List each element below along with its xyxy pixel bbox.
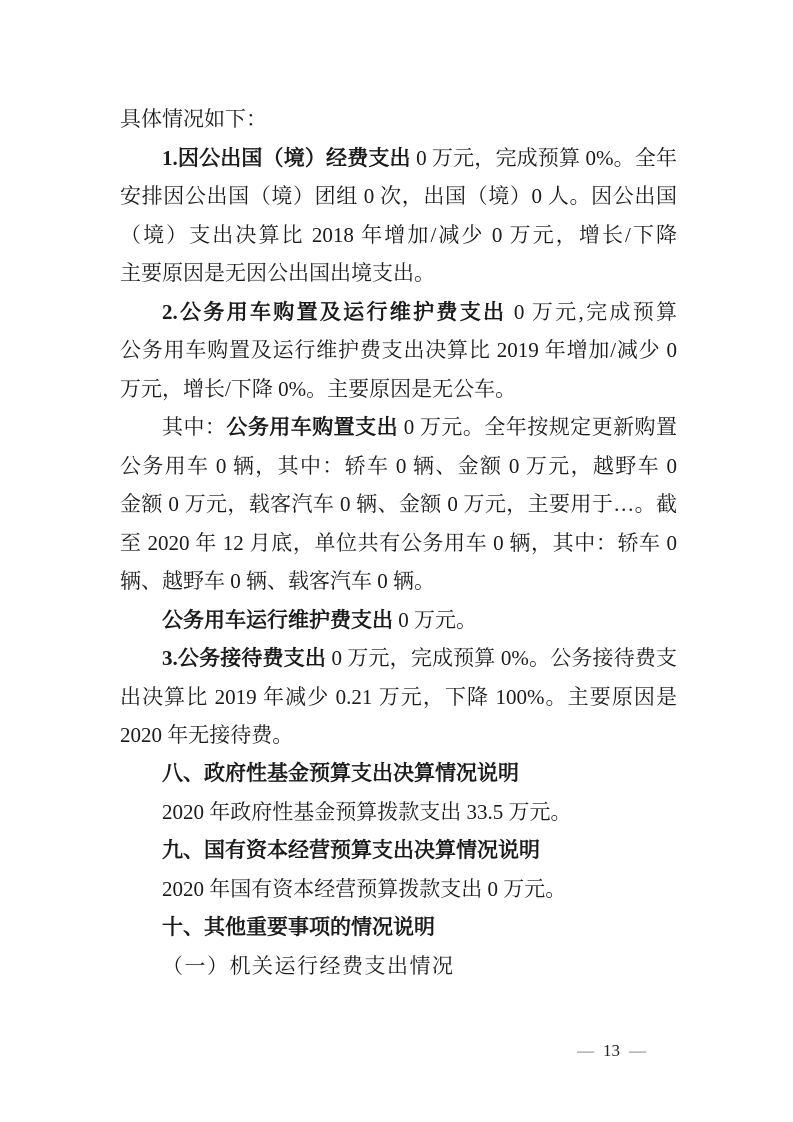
para-vehicle-total-line-1: 2.公务用车购置及运行维护费支出 0 万元,完成预算 0%。 <box>120 293 677 332</box>
text-run: 公务用车运行维护费支出 <box>162 608 393 632</box>
para-vehicle-purchase-line-3: 金额 0 万元，载客汽车 0 辆、金额 0 万元，主要用于…。截 <box>120 485 677 524</box>
text-run: 具体情况如下： <box>120 107 267 131</box>
heading-section-nine: 九、国有资本经营预算支出决算情况说明 <box>120 832 677 871</box>
intro-continuation: 具体情况如下： <box>120 100 677 139</box>
subheading-agency-operating-expense: （一）机关运行经费支出情况 <box>120 947 677 986</box>
text-run: 金额 0 万元，载客汽车 0 辆、金额 0 万元，主要用于…。截 <box>120 492 677 516</box>
para-official-reception-line-3: 2020 年无接待费。 <box>120 716 677 755</box>
para-govt-fund-expenditure: 2020 年政府性基金预算拨款支出 33.5 万元。 <box>120 793 677 832</box>
para-vehicle-total-line-2: 公务用车购置及运行维护费支出决算比 2019 年增加/减少 0 <box>120 331 677 370</box>
para-official-reception-line-1: 3.公务接待费支出 0 万元，完成预算 0%。公务接待费支 <box>120 639 677 678</box>
text-run: 主要原因是无因公出国出境支出。 <box>120 261 435 285</box>
text-run: 0 万元，完成预算 0%。全年 <box>411 146 677 170</box>
para-overseas-trips-line-2: 安排因公出国（境）团组 0 次，出国（境）0 人。因公出国 <box>120 177 677 216</box>
text-run: 3.公务接待费支出 <box>162 646 326 670</box>
text-run: （境）支出决算比 2018 年增加/减少 0 万元，增长/下降 0%。 <box>120 223 677 255</box>
text-run: 1.因公出国（境）经费支出 <box>162 146 411 170</box>
text-run: 0 万元。全年按规定更新购置 <box>398 415 677 439</box>
page-footer: — 13 — <box>0 1036 793 1066</box>
para-vehicle-purchase-line-5: 辆、越野车 0 辆、载客汽车 0 辆。 <box>120 562 677 601</box>
text-run: 安排因公出国（境）团组 0 次，出国（境）0 人。因公出国 <box>120 184 677 208</box>
text-run: 公务用车 0 辆，其中：轿车 0 辆、金额 0 万元，越野车 0 辆、 <box>120 454 677 486</box>
text-run: 九、国有资本经营预算支出决算情况说明 <box>162 839 540 862</box>
text-run: 2020 年国有资本经营预算拨款支出 0 万元。 <box>162 877 566 901</box>
text-run: 0 万元，完成预算 0%。公务接待费支 <box>326 646 677 670</box>
text-run: 十、其他重要事项的情况说明 <box>162 916 435 939</box>
text-run: 至 2020 年 12 月底，单位共有公务用车 0 辆，其中：轿车 0 <box>120 531 677 555</box>
text-run: 2.公务用车购置及运行维护费支出 <box>162 300 506 324</box>
text-run: 八、政府性基金预算支出决算情况说明 <box>162 762 519 785</box>
footer-right-dash: — <box>620 1036 655 1066</box>
text-run: 其中： <box>162 415 226 439</box>
para-state-capital-expenditure: 2020 年国有资本经营预算拨款支出 0 万元。 <box>120 870 677 909</box>
text-run: 公务用车购置支出 <box>226 415 398 439</box>
text-run: 辆、越野车 0 辆、载客汽车 0 辆。 <box>120 569 435 593</box>
heading-section-eight: 八、政府性基金预算支出决算情况说明 <box>120 755 677 794</box>
document-page: 具体情况如下：1.因公出国（境）经费支出 0 万元，完成预算 0%。全年安排因公… <box>0 0 793 1122</box>
para-official-reception-line-2: 出决算比 2019 年减少 0.21 万元，下降 100%。主要原因是 <box>120 678 677 717</box>
para-overseas-trips-line-1: 1.因公出国（境）经费支出 0 万元，完成预算 0%。全年 <box>120 139 677 178</box>
page-number: 13 <box>603 1036 620 1066</box>
text-run: 出决算比 2019 年减少 0.21 万元，下降 100%。主要原因是 <box>120 685 677 709</box>
para-overseas-trips-line-4: 主要原因是无因公出国出境支出。 <box>120 254 677 293</box>
text-run: 2020 年政府性基金预算拨款支出 33.5 万元。 <box>162 800 572 824</box>
para-vehicle-total-line-3: 万元，增长/下降 0%。主要原因是无公车。 <box>120 370 677 409</box>
text-run: （一）机关运行经费支出情况 <box>162 954 455 978</box>
para-overseas-trips-line-3: （境）支出决算比 2018 年增加/减少 0 万元，增长/下降 0%。 <box>120 216 677 255</box>
text-run: 万元，增长/下降 0%。主要原因是无公车。 <box>120 377 516 401</box>
para-vehicle-purchase-line-4: 至 2020 年 12 月底，单位共有公务用车 0 辆，其中：轿车 0 <box>120 524 677 563</box>
text-run: 0 万元。 <box>393 608 477 632</box>
para-vehicle-purchase-line-1: 其中：公务用车购置支出 0 万元。全年按规定更新购置 <box>120 408 677 447</box>
footer-left-dash: — <box>568 1036 603 1066</box>
para-vehicle-purchase-line-2: 公务用车 0 辆，其中：轿车 0 辆、金额 0 万元，越野车 0 辆、 <box>120 447 677 486</box>
text-run: 公务用车购置及运行维护费支出决算比 2019 年增加/减少 0 <box>120 338 677 362</box>
document-content: 具体情况如下：1.因公出国（境）经费支出 0 万元，完成预算 0%。全年安排因公… <box>120 100 677 986</box>
text-run: 2020 年无接待费。 <box>120 723 293 747</box>
heading-section-ten: 十、其他重要事项的情况说明 <box>120 909 677 948</box>
para-vehicle-maintenance: 公务用车运行维护费支出 0 万元。 <box>120 601 677 640</box>
